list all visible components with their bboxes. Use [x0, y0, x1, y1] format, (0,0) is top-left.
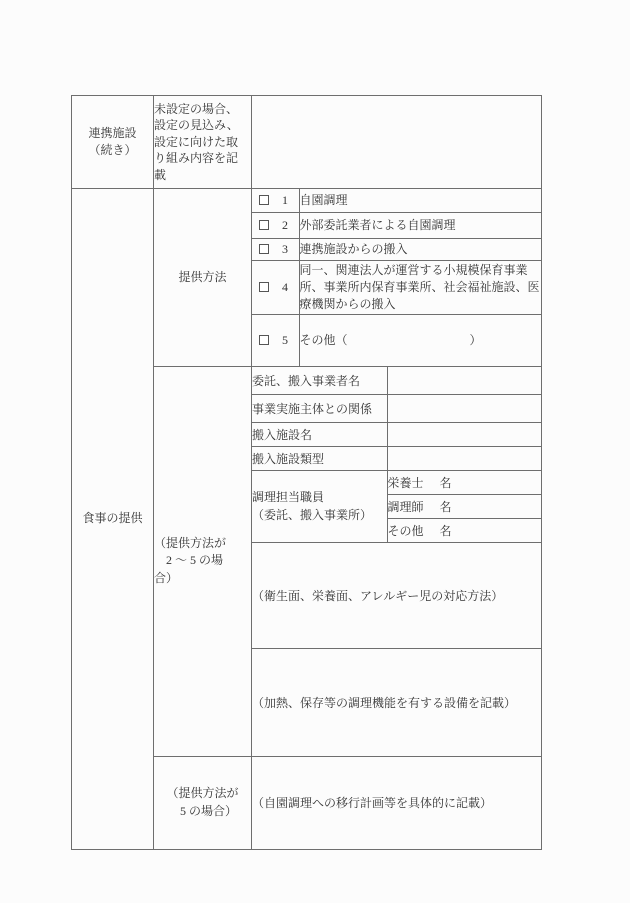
option-number: 2 [282, 218, 288, 233]
method-options-table: 1 自園調理 2 外部委託業者による自園調理 [252, 189, 541, 366]
staff-role: 栄養士 [388, 474, 440, 491]
row-method: 食事の提供 提供方法 1 自園調理 [72, 189, 542, 367]
field-label: 搬入施設名 [252, 423, 387, 447]
option-5-checkbox[interactable] [259, 335, 269, 345]
option-row: 2 外部委託業者による自園調理 [252, 212, 541, 238]
option-label: 連携施設からの搬入 [299, 238, 541, 260]
case-5-label: （提供方法が 5 の場合） [154, 756, 252, 849]
field-value-cell [387, 423, 541, 447]
option-number: 5 [282, 333, 288, 348]
field-label: 委託、搬入事業者名 [252, 367, 387, 395]
option-5-close-paren: ） [469, 332, 481, 349]
row-renkei: 連携施設 （続き） 未設定の場合、 設定の見込み、 設定に向けた取 り組み内容を… [72, 96, 542, 189]
document-page: 連携施設 （続き） 未設定の場合、 設定の見込み、 設定に向けた取 り組み内容を… [0, 0, 630, 903]
option-1-checkbox[interactable] [259, 195, 269, 205]
field-value-cell [387, 395, 541, 423]
field-row: 搬入施設類型 [252, 447, 541, 471]
staff-role: 調理師 [388, 498, 440, 515]
staff-unit: 名 [440, 476, 452, 490]
option-row: 1 自園調理 [252, 189, 541, 212]
option-3-checkbox[interactable] [259, 244, 269, 254]
option-label: 自園調理 [299, 189, 541, 212]
equipment-note-cell: （加熱、保存等の調理機能を有する設備を記載） [252, 649, 541, 756]
option-row: 3 連携施設からの搬入 [252, 238, 541, 260]
renkei-note: 未設定の場合、 設定の見込み、 設定に向けた取 り組み内容を記 載 [154, 96, 252, 189]
field-row: 事業実施主体との関係 [252, 395, 541, 423]
shokuji-section-label: 食事の提供 [72, 189, 154, 850]
option-2-checkbox[interactable] [259, 220, 269, 230]
option-4-checkbox[interactable] [259, 282, 269, 292]
renkei-entry-cell [252, 96, 542, 189]
renkei-label: 連携施設 （続き） [72, 96, 154, 189]
option-label: 外部委託業者による自園調理 [299, 212, 541, 238]
equipment-note-row: （加熱、保存等の調理機能を有する設備を記載） [252, 649, 541, 756]
case-5-note-cell: （自園調理への移行計画等を具体的に記載） [252, 756, 542, 849]
hygiene-note-row: （衛生面、栄養面、アレルギー児の対応方法） [252, 543, 541, 649]
staff-unit: 名 [440, 500, 452, 514]
field-value-cell [387, 447, 541, 471]
hygiene-note-cell: （衛生面、栄養面、アレルギー児の対応方法） [252, 543, 541, 649]
case-2-5-label: （提供方法が 2 ～ 5 の場 合） [154, 366, 252, 756]
field-label: 事業実施主体との関係 [252, 395, 387, 423]
staff-unit: 名 [440, 524, 452, 538]
option-number: 4 [282, 280, 288, 295]
staff-row: 調理担当職員 （委託、搬入事業所） 栄養士名 [252, 471, 541, 495]
case-2-5-detail-table: 委託、搬入事業者名 事業実施主体との関係 搬入施設名 [252, 367, 541, 756]
option-5-open-paren: その他（ [300, 332, 348, 349]
option-number: 3 [282, 242, 288, 257]
field-row: 搬入施設名 [252, 423, 541, 447]
method-label: 提供方法 [154, 189, 252, 367]
field-label: 搬入施設類型 [252, 447, 387, 471]
option-label: その他（ ） [300, 332, 482, 349]
option-number: 1 [282, 193, 288, 208]
field-row: 委託、搬入事業者名 [252, 367, 541, 395]
staff-role: その他 [388, 522, 440, 539]
field-value-cell [387, 367, 541, 395]
staff-label: 調理担当職員 （委託、搬入事業所） [252, 471, 387, 543]
option-label: 同一、関連法人が運営する小規模保育事業 所、事業所内保育事業所、社会福祉施設、医… [299, 260, 541, 314]
option-row: 4 同一、関連法人が運営する小規模保育事業 所、事業所内保育事業所、社会福祉施設… [252, 260, 541, 314]
option-row: 5 その他（ ） [252, 314, 541, 366]
form-table: 連携施設 （続き） 未設定の場合、 設定の見込み、 設定に向けた取 り組み内容を… [71, 95, 542, 850]
